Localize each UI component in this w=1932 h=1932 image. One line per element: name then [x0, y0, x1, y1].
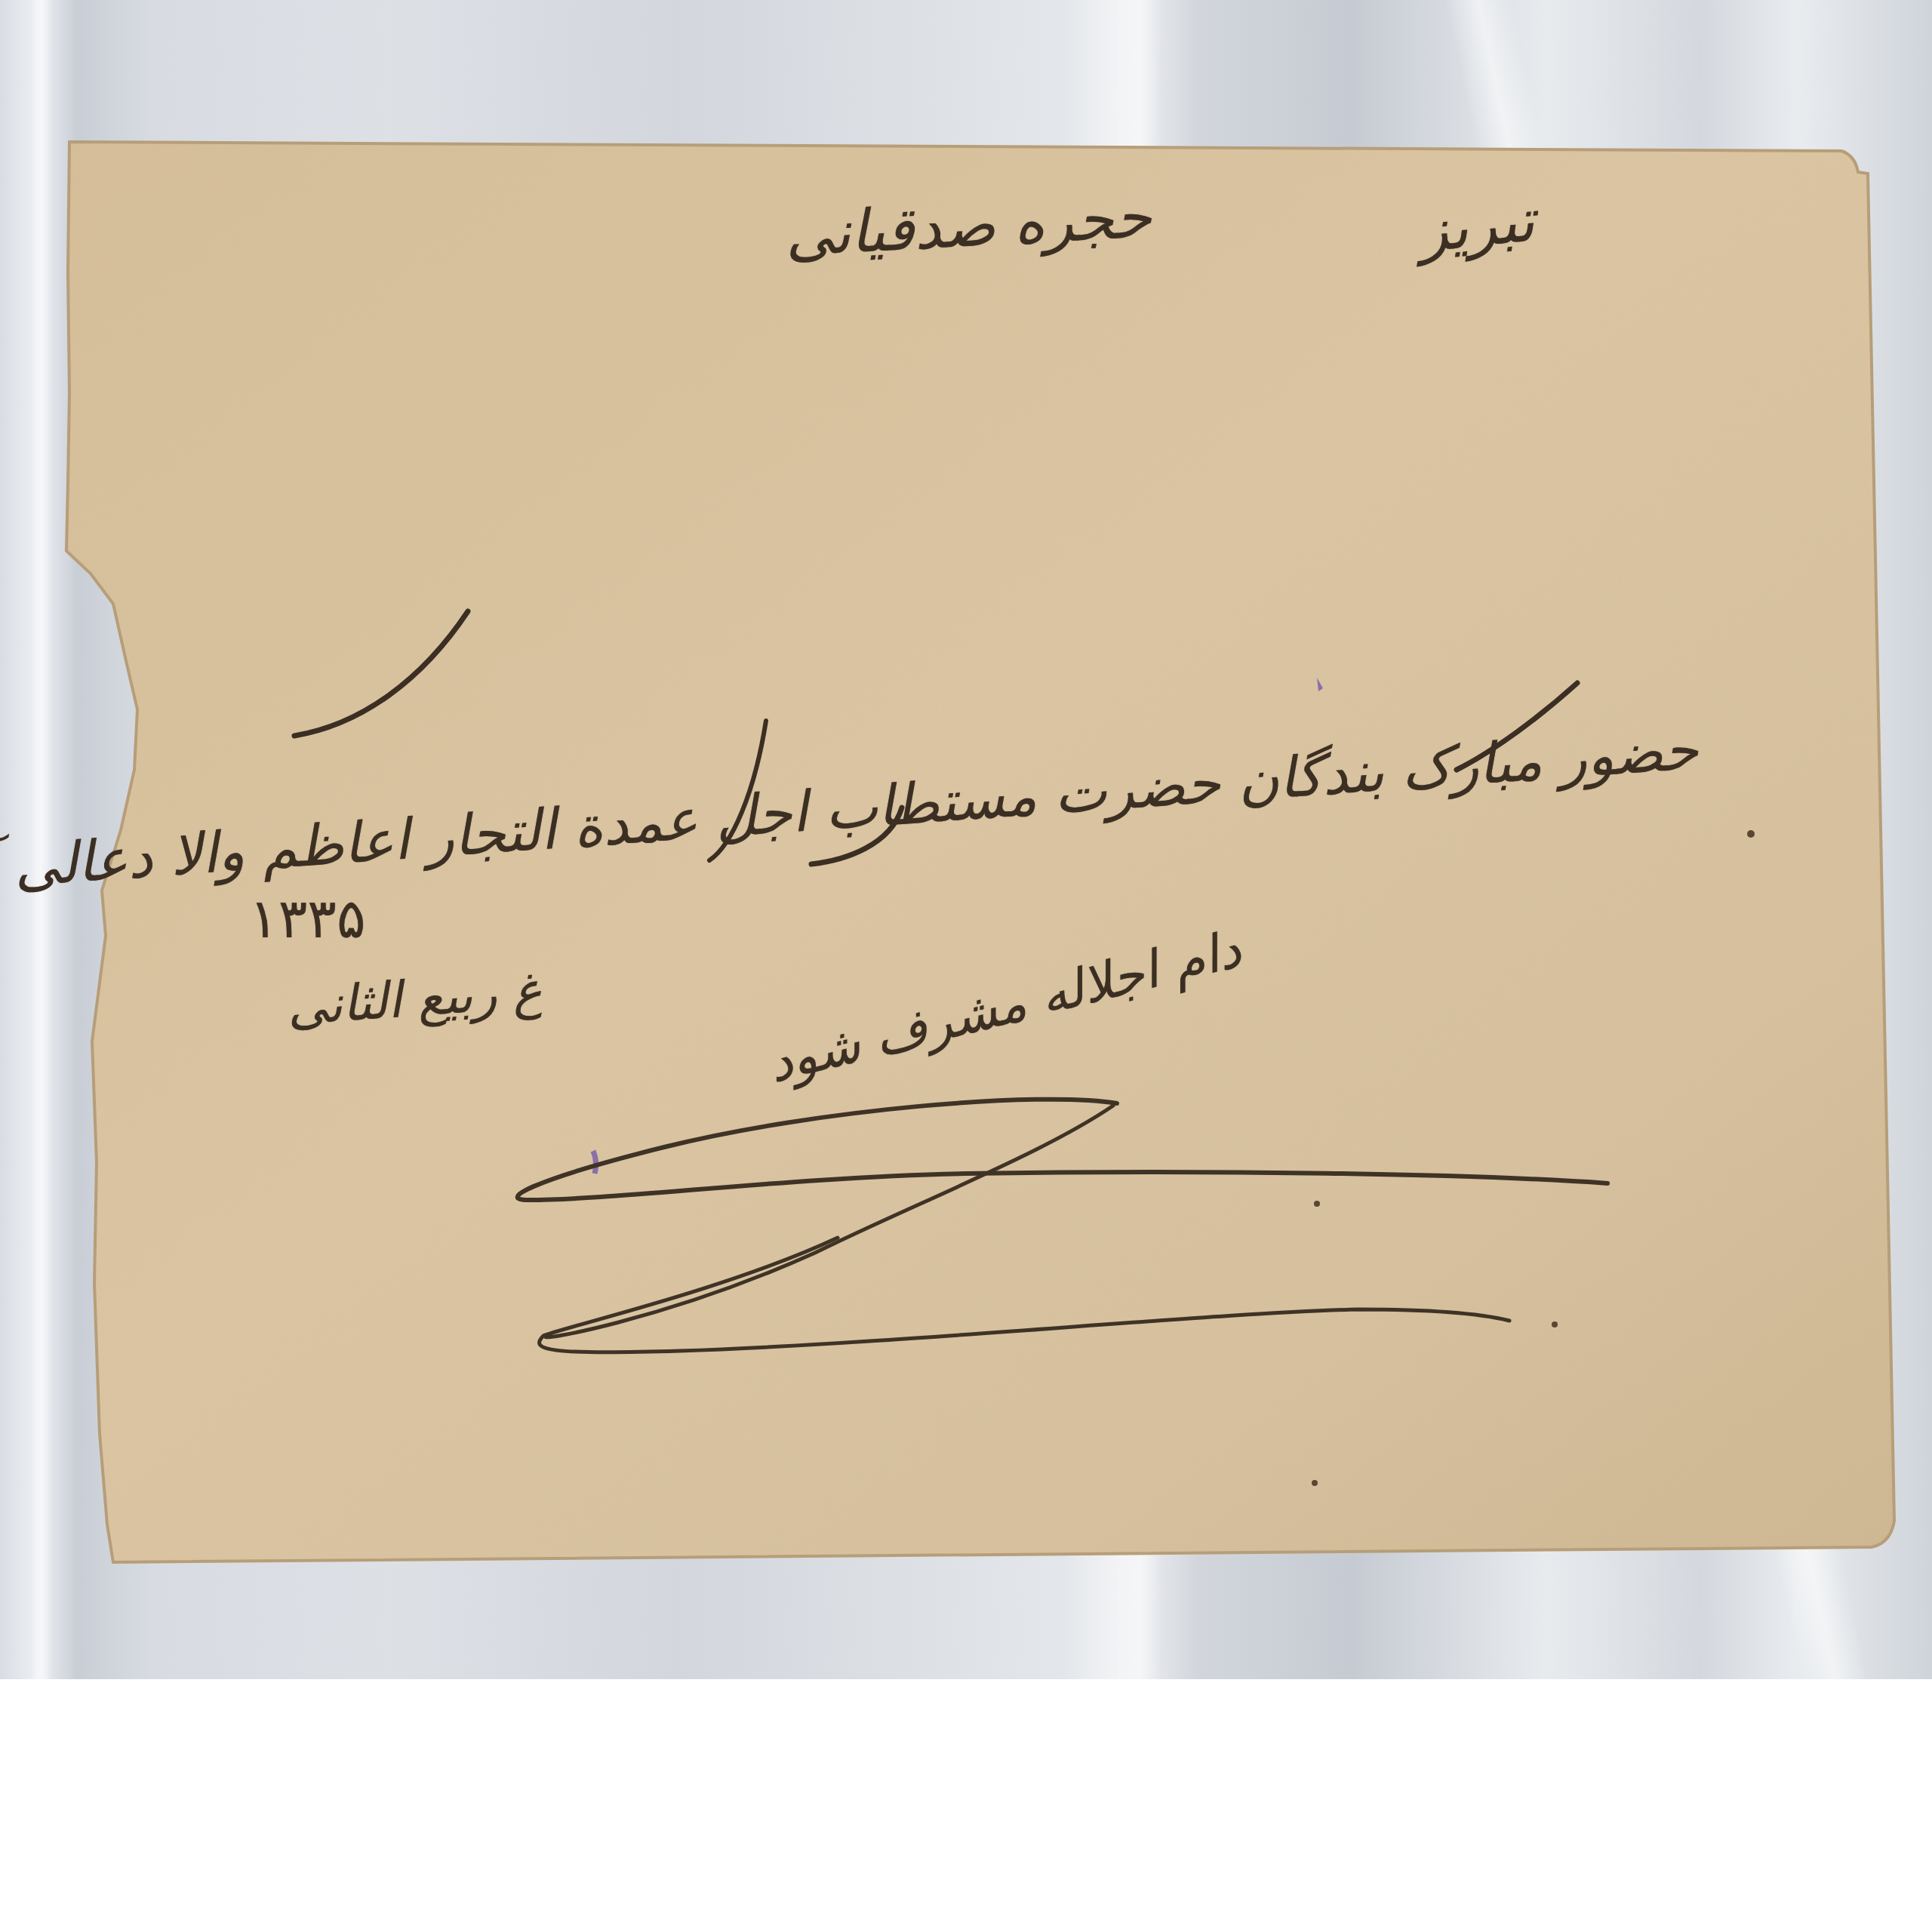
signature-flourish	[0, 0, 1932, 1679]
envelope: تبریز حجره صدقیانی حضور مبارک بندگان حضر…	[0, 0, 1932, 1679]
